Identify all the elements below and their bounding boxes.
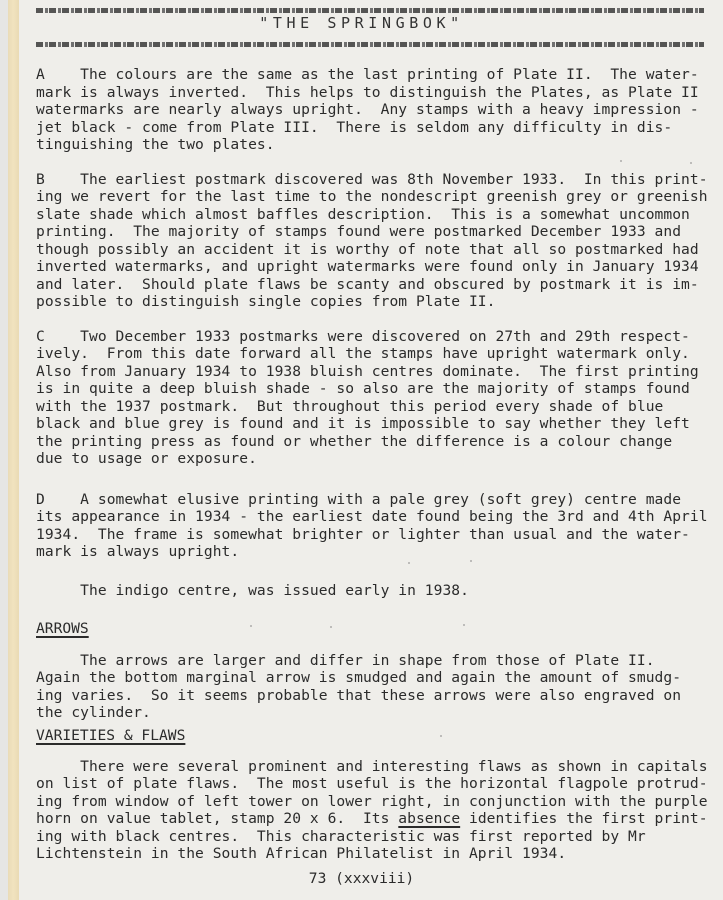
text-line: A The colours are the same as the last p… bbox=[36, 66, 699, 83]
text-line: printing. The majority of stamps found w… bbox=[36, 223, 681, 240]
indigo-note: The indigo centre, was issued early in 1… bbox=[36, 582, 469, 599]
scan-speck bbox=[690, 162, 692, 164]
text-line: C Two December 1933 postmarks were disco… bbox=[36, 328, 690, 345]
text-line: Again the bottom marginal arrow is smudg… bbox=[36, 669, 681, 686]
text-line: possible to distinguish single copies fr… bbox=[36, 293, 495, 310]
scan-speck bbox=[250, 625, 252, 627]
text-line: on list of plate flaws. The most useful … bbox=[36, 775, 708, 792]
text-line: is in quite a deep bluish shade - so als… bbox=[36, 380, 690, 397]
text-line: the printing press as found or whether t… bbox=[36, 433, 672, 450]
text-line: Lichtenstein in the South African Philat… bbox=[36, 845, 566, 862]
text-line: and later. Should plate flaws be scanty … bbox=[36, 276, 699, 293]
text-line: ing we revert for the last time to the n… bbox=[36, 188, 708, 205]
text-line: jet black - come from Plate III. There i… bbox=[36, 119, 672, 136]
text-line: the cylinder. bbox=[36, 704, 151, 721]
text-line: though possibly an accident it is worthy… bbox=[36, 241, 699, 258]
scan-speck bbox=[463, 624, 465, 626]
scan-speck bbox=[440, 735, 442, 737]
text-line: D A somewhat elusive printing with a pal… bbox=[36, 491, 681, 508]
section-heading-varieties-flaws: VARIETIES & FLAWS bbox=[36, 727, 185, 744]
text-line: There were several prominent and interes… bbox=[36, 758, 708, 775]
text-line: Also from January 1934 to 1938 bluish ce… bbox=[36, 363, 699, 380]
text-run: horn on value tablet, stamp 20 x 6. Its bbox=[36, 810, 398, 827]
paper-edge-strip bbox=[8, 0, 19, 900]
text-line: watermarks are nearly always upright. An… bbox=[36, 101, 699, 118]
text-line: mark is always upright. bbox=[36, 543, 239, 560]
text-line: its appearance in 1934 - the earliest da… bbox=[36, 508, 708, 525]
scan-speck bbox=[470, 560, 472, 562]
text-line: 1934. The frame is somewhat brighter or … bbox=[36, 526, 690, 543]
scan-speck bbox=[330, 626, 332, 628]
header-rule-bottom bbox=[36, 42, 704, 47]
section-heading-arrows: ARROWS bbox=[36, 620, 89, 637]
text-line: inverted watermarks, and upright waterma… bbox=[36, 258, 699, 275]
text-line: mark is always inverted. This helps to d… bbox=[36, 84, 699, 101]
text-line: ing from window of left tower on lower r… bbox=[36, 793, 708, 810]
text-line: tinguishing the two plates. bbox=[36, 136, 275, 153]
page-number: 73 (xxxviii) bbox=[0, 870, 723, 887]
text-line: ing with black centres. This characteris… bbox=[36, 828, 646, 845]
text-line: black and blue grey is found and it is i… bbox=[36, 415, 690, 432]
header-rule-top bbox=[36, 8, 704, 13]
text-line: ively. From this date forward all the st… bbox=[36, 345, 690, 362]
text-run: identifies the first print- bbox=[460, 810, 707, 827]
page-title: "THE SPRINGBOK" bbox=[0, 14, 723, 32]
text-line: B The earliest postmark discovered was 8… bbox=[36, 171, 708, 188]
text-line: slate shade which almost baffles descrip… bbox=[36, 206, 690, 223]
text-line: The arrows are larger and differ in shap… bbox=[36, 652, 655, 669]
text-line: horn on value tablet, stamp 20 x 6. Its … bbox=[36, 810, 708, 827]
scan-margin bbox=[0, 0, 8, 900]
scan-speck bbox=[620, 160, 622, 162]
emphasis-absence: absence bbox=[398, 810, 460, 827]
text-line: with the 1937 postmark. But throughout t… bbox=[36, 398, 663, 415]
scan-speck bbox=[408, 562, 410, 564]
text-line: due to usage or exposure. bbox=[36, 450, 257, 467]
text-line: ing varies. So it seems probable that th… bbox=[36, 687, 681, 704]
